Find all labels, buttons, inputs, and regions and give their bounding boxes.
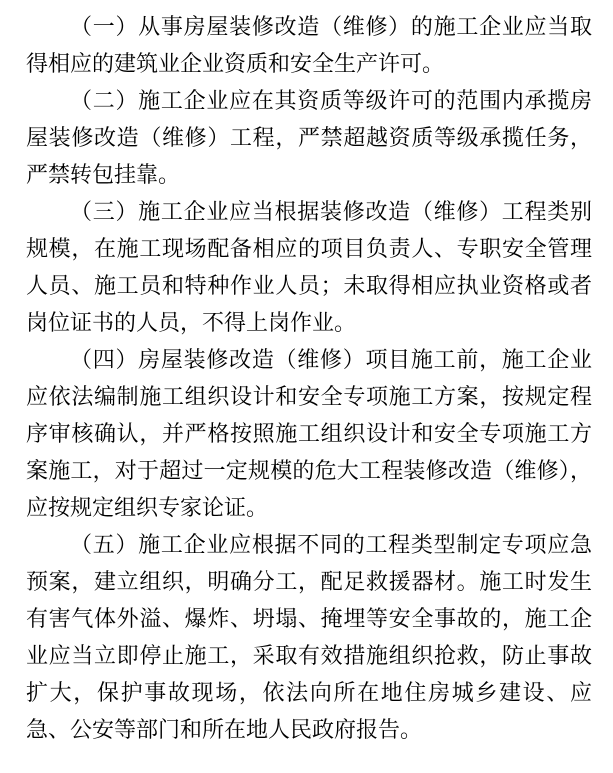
- paragraph-item-4: （四）房屋装修改造（维修）项目施工前，施工企业应依法编制施工组织设计和安全专项施…: [26, 341, 592, 526]
- paragraph-item-2: （二）施工企业应在其资质等级许可的范围内承揽房屋装修改造（维修）工程，严禁超越资…: [26, 82, 592, 193]
- paragraph-item-1: （一）从事房屋装修改造（维修）的施工企业应当取得相应的建筑业企业资质和安全生产许…: [26, 8, 592, 82]
- document-page: （一）从事房屋装修改造（维修）的施工企业应当取得相应的建筑业企业资质和安全生产许…: [0, 0, 613, 773]
- paragraph-item-3: （三）施工企业应当根据装修改造（维修）工程类别规模，在施工现场配备相应的项目负责…: [26, 193, 592, 341]
- paragraph-item-5: （五）施工企业应根据不同的工程类型制定专项应急预案，建立组织，明确分工，配足救援…: [26, 526, 592, 748]
